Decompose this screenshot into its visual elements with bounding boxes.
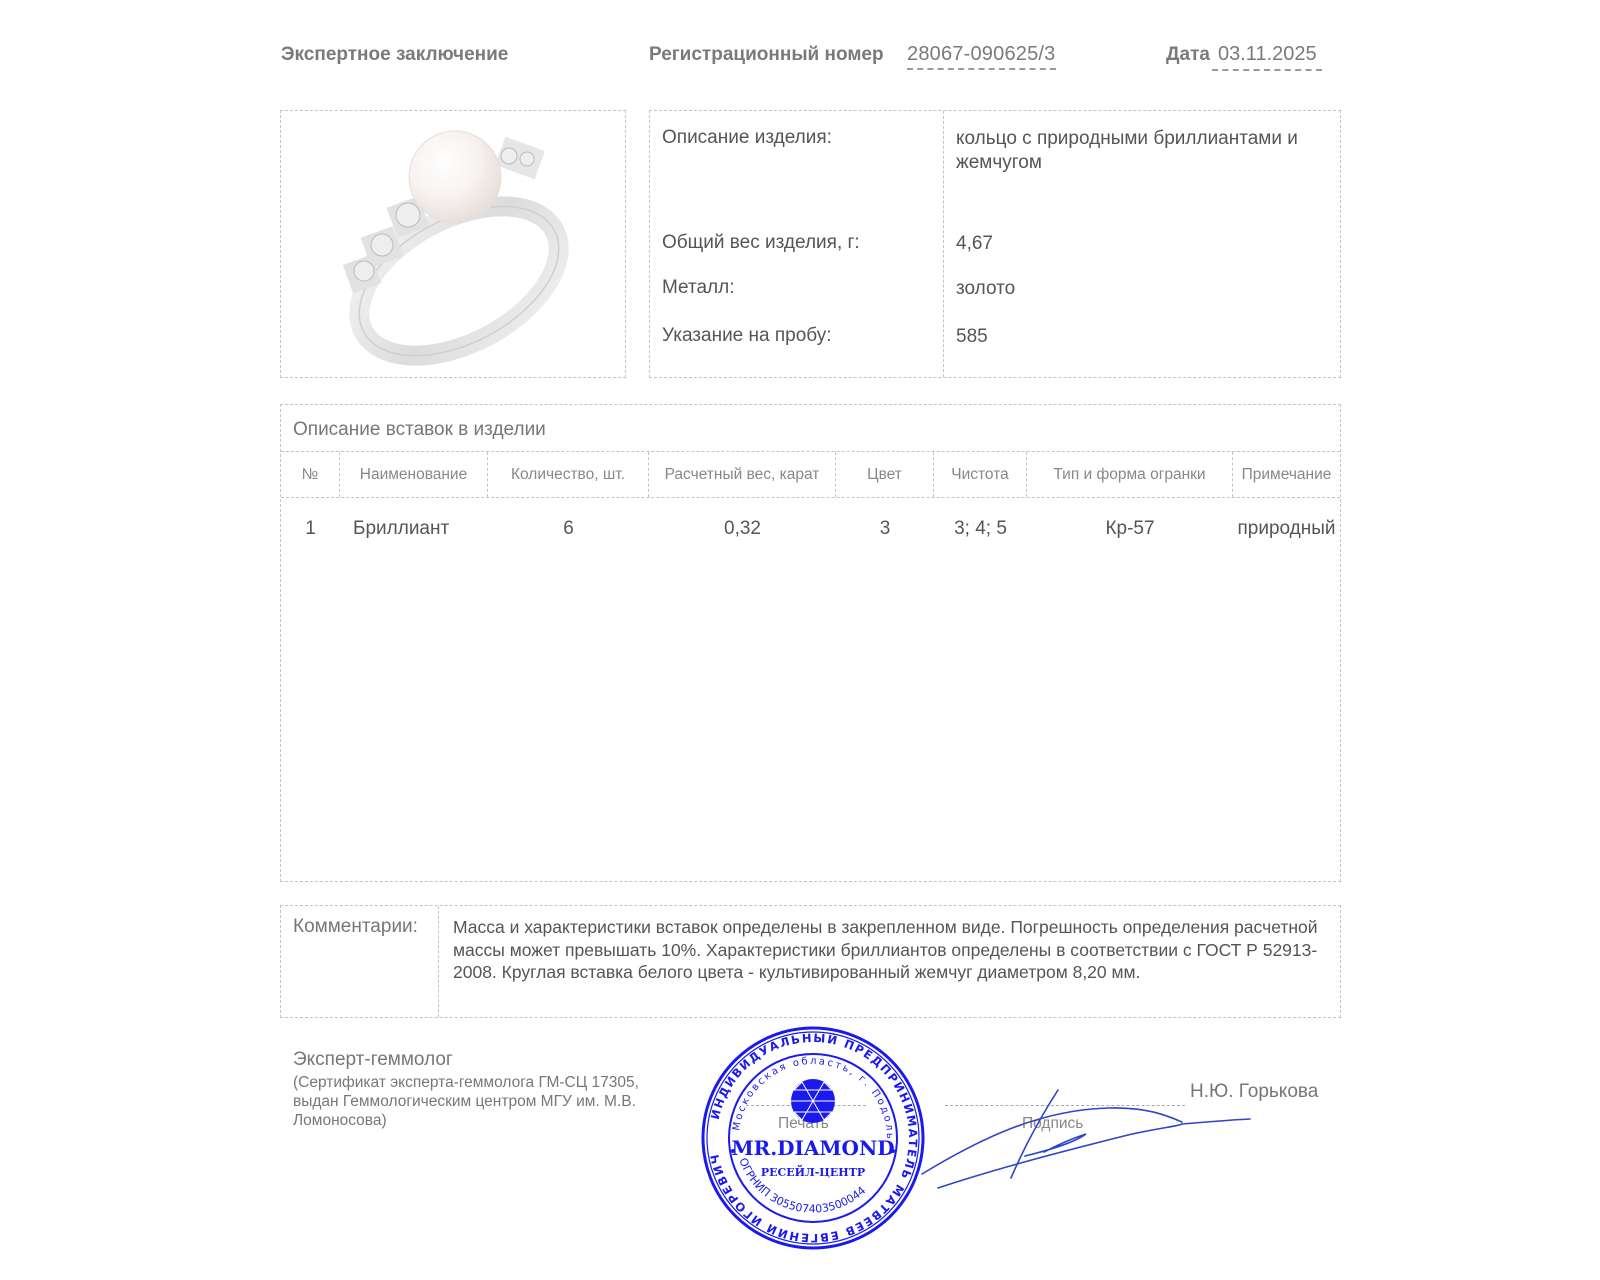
company-stamp-icon: ИНДИВИДУАЛЬНЫЙ ПРЕДПРИНИМАТЕЛЬ МАТВЕЕВ Е… [700,1025,926,1251]
info-label-metal: Металл: [662,277,734,299]
svg-text:MR.DIAMOND: MR.DIAMOND [731,1136,894,1160]
comments-text: Масса и характеристики вставок определен… [453,916,1333,984]
registration-label: Регистрационный номер [649,44,884,66]
document-title: Экспертное заключение [281,44,508,66]
info-value-description: кольцо с природными бриллиантами и жемчу… [956,127,1334,175]
signature-icon [918,1080,1258,1190]
item-info-box: Описание изделия: кольцо с природными бр… [649,110,1341,378]
inserts-table: Описание вставок в изделии № Наименовани… [280,404,1341,882]
info-divider [943,111,944,377]
inserts-title: Описание вставок в изделии [293,419,546,441]
cell-number: 1 [281,514,340,544]
column-header-clarity: Чистота [934,452,1027,497]
cell-note: природный [1233,514,1340,544]
expert-certificate: (Сертификат эксперта-геммолога ГМ-СЦ 173… [293,1073,673,1130]
svg-text:РЕСЕЙЛ-ЦЕНТР: РЕСЕЙЛ-ЦЕНТР [761,1164,865,1179]
comments-box: Комментарии: Масса и характеристики вста… [280,905,1341,1018]
info-value-weight: 4,67 [956,232,1334,256]
column-header-quantity: Количество, шт. [488,452,649,497]
date-value: 03.11.2025 [1218,43,1317,66]
info-label-hallmark: Указание на пробу: [662,325,832,347]
info-value-metal: золото [956,277,1334,301]
cell-color: 3 [836,514,934,544]
cell-cut: Кр-57 [1027,514,1233,544]
column-header-name: Наименование [340,452,488,497]
registration-number: 28067-090625/3 [907,43,1056,70]
svg-text:ОГРНИП 305507403500044: ОГРНИП 305507403500044 [736,1156,868,1216]
column-header-weight: Расчетный вес, карат [649,452,836,497]
cell-clarity: 3; 4; 5 [934,514,1027,544]
info-value-hallmark: 585 [956,325,1334,349]
ring-photo-icon [281,111,624,376]
date-label: Дата [1166,44,1210,66]
column-header-color: Цвет [836,452,934,497]
date-underline [1212,69,1322,71]
cell-weight: 0,32 [649,514,836,544]
cell-quantity: 6 [488,514,649,544]
column-header-cut: Тип и форма огранки [1027,452,1233,497]
expert-title: Эксперт-геммолог [293,1049,453,1071]
info-label-description: Описание изделия: [662,127,832,149]
comments-label: Комментарии: [293,916,418,938]
column-header-number: № [281,452,340,497]
comments-divider [438,906,439,1017]
column-header-note: Примечание [1233,452,1340,497]
info-label-weight: Общий вес изделия, г: [662,232,860,254]
product-photo-box [280,110,626,378]
table-row: 1 Бриллиант 6 0,32 3 3; 4; 5 Кр-57 приро… [281,514,1340,544]
cell-name: Бриллиант [340,514,488,544]
table-header: № Наименование Количество, шт. Расчетный… [281,451,1340,498]
